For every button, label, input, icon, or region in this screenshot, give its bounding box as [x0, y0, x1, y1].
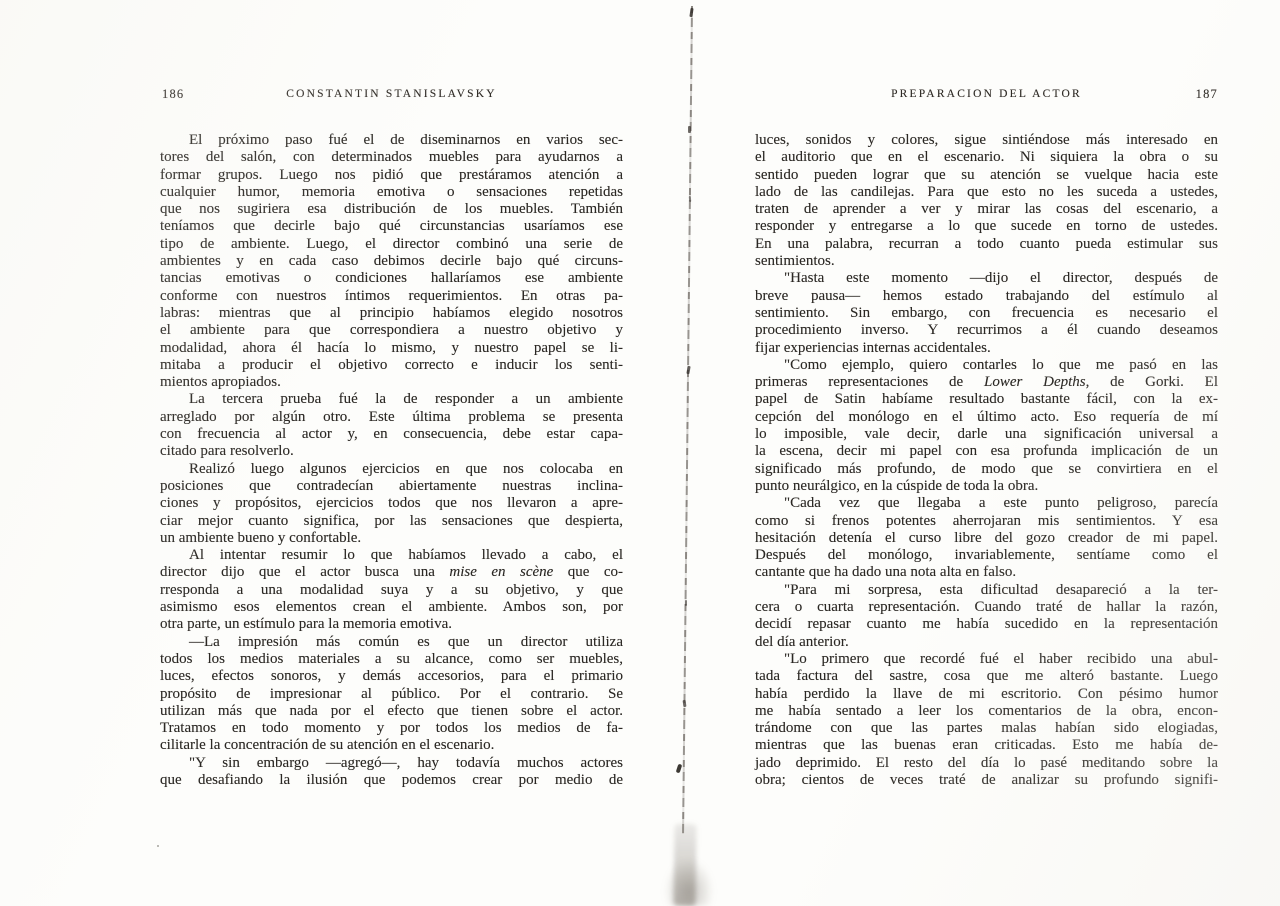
- text-line: Tratamos en todo momento y por todos los…: [160, 720, 623, 737]
- text-line: el auditorio que en el escenario. Ni siq…: [755, 149, 1218, 166]
- text-line: "Cada vez que llegaba a este punto pelig…: [755, 495, 1218, 512]
- text-line: cantante que ha dado una nota alta en fa…: [755, 564, 1218, 581]
- text-line: hesitación detenía el curso libre del go…: [755, 530, 1218, 547]
- scan-speck: [157, 845, 159, 847]
- text-line: mientos apropiados.: [160, 374, 623, 391]
- text-line: breve pausa— hemos estado trabajando del…: [755, 288, 1218, 305]
- text-line: tipo de ambiente. Luego, el director com…: [160, 236, 623, 253]
- text-line: primeras representaciones de Lower Depth…: [755, 374, 1218, 391]
- text-line: utilizan más que nada por el efecto que …: [160, 703, 623, 720]
- text-line: ciones y propósitos, ejercicios todos qu…: [160, 495, 623, 512]
- paragraph: "Cada vez que llegaba a este punto pelig…: [755, 495, 1218, 581]
- text-line: teníamos que decirle bajo qué circunstan…: [160, 218, 623, 235]
- text-line: mitaba a producir el objetivo correcto e…: [160, 357, 623, 374]
- crease-mark: [676, 764, 683, 774]
- text-line: traten de aprender a ver y mirar las cos…: [755, 201, 1218, 218]
- text-line: cera o cuarta representación. Cuando tra…: [755, 599, 1218, 616]
- text-line: como si frenos potentes aherrojaran mis …: [755, 513, 1218, 530]
- text-line: asimismo esos elementos crean el ambient…: [160, 599, 623, 616]
- page-body-right: luces, sonidos y colores, sigue sintiénd…: [755, 132, 1218, 789]
- text-line: luces, sonidos y colores, sigue sintiénd…: [755, 132, 1218, 149]
- text-line: Después del monólogo, invariablemente, s…: [755, 547, 1218, 564]
- text-line: tores del salón, con determinados mueble…: [160, 149, 623, 166]
- paragraph: "Hasta este momento —dijo el director, d…: [755, 270, 1218, 356]
- text-line: otra parte, un estímulo para la memoria …: [160, 616, 623, 633]
- crease-mark: [689, 196, 692, 202]
- text-line: "Y sin embargo —agregó—, hay todavía muc…: [160, 755, 623, 772]
- crease-mark: [689, 8, 693, 17]
- text-line: "Lo primero que recordé fué el haber rec…: [755, 651, 1218, 668]
- text-line: papel de Satin habíame resultado bastant…: [755, 391, 1218, 408]
- text-line: citado para resolverlo.: [160, 443, 623, 460]
- text-line: trándome con que las partes malas habían…: [755, 720, 1218, 737]
- text-line: ciar mejor cuanto significa, por las sen…: [160, 513, 623, 530]
- book-scan-spread: 186 CONSTANTIN STANISLAVSKY El próximo p…: [0, 0, 1280, 906]
- text-line: La tercera prueba fué la de responder a …: [160, 391, 623, 408]
- text-line: cepción del monólogo en el último acto. …: [755, 409, 1218, 426]
- text-line: lo imposible, vale decir, darle una sign…: [755, 426, 1218, 443]
- paragraph: luces, sonidos y colores, sigue sintiénd…: [755, 132, 1218, 270]
- crease-mark: [683, 700, 686, 707]
- page-left: 186 CONSTANTIN STANISLAVSKY El próximo p…: [160, 88, 623, 789]
- text-line: significado más profundo, de modo que se…: [755, 461, 1218, 478]
- text-line: jado deprimido. El resto del día lo pasé…: [755, 755, 1218, 772]
- page-right: PREPARACION DEL ACTOR 187 luces, sonidos…: [755, 88, 1218, 789]
- text-line: "Hasta este momento —dijo el director, d…: [755, 270, 1218, 287]
- paragraph: —La impresión más común es que un direct…: [160, 634, 623, 755]
- text-line: propósito de impresionar al público. Por…: [160, 686, 623, 703]
- text-line: tancias emotivas o condiciones hallaríam…: [160, 270, 623, 287]
- paragraph: Al intentar resumir lo que habíamos llev…: [160, 547, 623, 633]
- text-line: lado de las candilejas. Para que esto no…: [755, 184, 1218, 201]
- text-line: sentido pueden lograr que su atención se…: [755, 167, 1218, 184]
- text-line: punto neurálgico, en la cúspide de toda …: [755, 478, 1218, 495]
- crease-mark: [688, 126, 691, 133]
- text-line: todos los medios materiales a su alcance…: [160, 651, 623, 668]
- text-line: director dijo que el actor busca una mis…: [160, 564, 623, 581]
- paragraph: "Como ejemplo, quiero contarles lo que m…: [755, 357, 1218, 495]
- text-line: conforme con nuestros íntimos requerimie…: [160, 288, 623, 305]
- text-line: había perdido la llave de mi escritorio.…: [755, 686, 1218, 703]
- text-line: me había sentado a leer los comentarios …: [755, 703, 1218, 720]
- running-title-right: PREPARACION DEL ACTOR: [755, 88, 1218, 100]
- page-header-right: PREPARACION DEL ACTOR 187: [755, 88, 1218, 104]
- text-line: El próximo paso fué el de diseminarnos e…: [160, 132, 623, 149]
- text-line: decidí repasar cuanto me había sucedido …: [755, 616, 1218, 633]
- text-line: el ambiente para que correspondiera a nu…: [160, 322, 623, 339]
- text-line: cilitarle la concentración de su atenció…: [160, 737, 623, 754]
- text-line: luces, efectos sonoros, y demás accesori…: [160, 668, 623, 685]
- text-line: ambientes y en cada caso debimos decirle…: [160, 253, 623, 270]
- scan-smudge: [664, 858, 714, 906]
- text-line: posiciones que contradecían abiertamente…: [160, 478, 623, 495]
- text-line: En una palabra, recurran a todo cuanto p…: [755, 236, 1218, 253]
- paragraph: "Para mi sorpresa, esta dificultad desap…: [755, 582, 1218, 651]
- page-number-right: 187: [1196, 87, 1218, 102]
- text-line: sentimientos.: [755, 253, 1218, 270]
- text-line: labras: mientras que al principio habíam…: [160, 305, 623, 322]
- crease-mark: [685, 600, 687, 606]
- text-line: del día anterior.: [755, 634, 1218, 651]
- text-line: cualquier humor, memoria emotiva o sensa…: [160, 184, 623, 201]
- text-line: procedimiento inverso. Y recurrimos a él…: [755, 322, 1218, 339]
- text-line: obra; cientos de veces traté de analizar…: [755, 772, 1218, 789]
- text-line: responder y entregarse a lo que sucede e…: [755, 218, 1218, 235]
- text-line: con frecuencia al actor y, en consecuenc…: [160, 426, 623, 443]
- paragraph: La tercera prueba fué la de responder a …: [160, 391, 623, 460]
- text-line: que nos sugiriera esa distribución de lo…: [160, 201, 623, 218]
- text-line: arreglado por algún otro. Este última pr…: [160, 409, 623, 426]
- text-line: "Como ejemplo, quiero contarles lo que m…: [755, 357, 1218, 374]
- page-body-left: El próximo paso fué el de diseminarnos e…: [160, 132, 623, 789]
- paragraph: El próximo paso fué el de diseminarnos e…: [160, 132, 623, 391]
- text-line: formar grupos. Luego nos pidió que prest…: [160, 167, 623, 184]
- page-header-left: 186 CONSTANTIN STANISLAVSKY: [160, 88, 623, 104]
- text-line: sentimiento. Sin embargo, con frecuencia…: [755, 305, 1218, 322]
- paragraph: "Y sin embargo —agregó—, hay todavía muc…: [160, 755, 623, 790]
- text-line: tada factura del sastre, cosa que me alt…: [755, 668, 1218, 685]
- crease-mark: [686, 366, 690, 374]
- text-line: un ambiente bueno y confortable.: [160, 530, 623, 547]
- text-line: "Para mi sorpresa, esta dificultad desap…: [755, 582, 1218, 599]
- text-line: modalidad, ahora él hacía lo mismo, y nu…: [160, 340, 623, 357]
- text-line: mientras que las buenas eran criticadas.…: [755, 737, 1218, 754]
- paragraph: Realizó luego algunos ejercicios en que …: [160, 461, 623, 547]
- text-line: —La impresión más común es que un direct…: [160, 634, 623, 651]
- text-line: fijar experiencias internas accidentales…: [755, 340, 1218, 357]
- text-line: Al intentar resumir lo que habíamos llev…: [160, 547, 623, 564]
- paragraph: "Lo primero que recordé fué el haber rec…: [755, 651, 1218, 789]
- running-title-left: CONSTANTIN STANISLAVSKY: [160, 88, 623, 100]
- text-line: que desafiando la ilusión que podemos cr…: [160, 772, 623, 789]
- text-line: rresponda a una modalidad suya y a su ob…: [160, 582, 623, 599]
- text-line: Realizó luego algunos ejercicios en que …: [160, 461, 623, 478]
- text-line: la escena, decir mi papel con esa profun…: [755, 443, 1218, 460]
